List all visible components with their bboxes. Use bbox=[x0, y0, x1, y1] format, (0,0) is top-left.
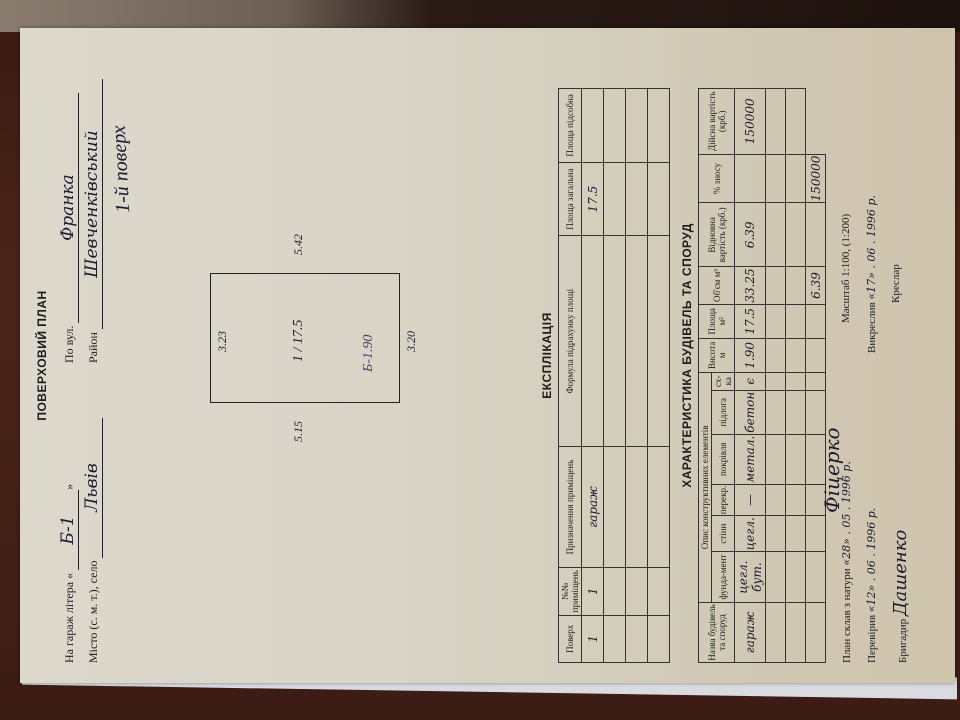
buildings-table: Назва будівель та споруд Опис конструкти… bbox=[698, 88, 826, 663]
street-field: По вул. Франка bbox=[58, 93, 79, 363]
col-room-no: №№ приміщень bbox=[559, 568, 582, 616]
street-value: Франка bbox=[58, 93, 79, 323]
col-area-aux: Площа підсобна bbox=[559, 89, 582, 163]
signature-composer: Фіцерко bbox=[820, 427, 844, 513]
explication-title: ЕКСПЛІКАЦІЯ bbox=[540, 28, 554, 683]
city-field: Місто (с. м. т.), село Львів bbox=[82, 418, 103, 663]
footer-brigadier: Бригадир Дашенко bbox=[890, 530, 911, 663]
city-value: Львів bbox=[82, 418, 103, 558]
col-floor: Поверх bbox=[559, 615, 582, 662]
buildings-title: ХАРАКТЕРИСТИКА БУДІВЕЛЬ ТА СПОРУД bbox=[680, 28, 694, 683]
garage-label: На гараж літера « bbox=[62, 573, 76, 663]
floor-plan-sketch: 5.15 5.42 3.23 3.20 1 / 17.5 Б-1.90 bbox=[210, 273, 400, 403]
explication-table: Поверх №№ приміщень Призначення приміщен… bbox=[558, 88, 670, 663]
city-label: Місто (с. м. т.), село bbox=[86, 561, 100, 663]
garage-field: На гараж літера « Б-1» bbox=[58, 484, 79, 663]
footer-drawn: Викреслив «17» . 06 . 1996 р. bbox=[865, 195, 878, 353]
street-label: По вул. bbox=[62, 326, 76, 363]
district-value: Шевченківський bbox=[82, 79, 103, 329]
col-area-total: Площа загальна bbox=[559, 162, 582, 236]
plan-room-fraction: 1 / 17.5 bbox=[291, 320, 307, 362]
table-row: гараж цегл. бут. цегл. — метал. бетон є … bbox=[735, 89, 766, 663]
document-paper: ПОВЕРХОВИЙ ПЛАН На гараж літера « Б-1» П… bbox=[20, 28, 955, 683]
table-row: 1 1 гараж 17.5 bbox=[582, 89, 604, 663]
footer-draftsman: Креслар bbox=[890, 264, 902, 303]
plan-dim-bottom: 5.42 bbox=[291, 234, 306, 255]
plan-dim-right: 3.23 bbox=[215, 331, 230, 352]
garage-value: Б-1 bbox=[58, 490, 79, 570]
document-title: ПОВЕРХОВИЙ ПЛАН bbox=[35, 28, 49, 683]
plan-dim-top: 5.15 bbox=[291, 421, 306, 442]
floor-note: 1-й поверх bbox=[108, 125, 136, 214]
plan-dim-left: 3.20 bbox=[404, 331, 419, 352]
col-formula: Формула підрахунку площі bbox=[559, 236, 582, 447]
rotated-page: ПОВЕРХОВИЙ ПЛАН На гараж літера « Б-1» П… bbox=[20, 28, 955, 683]
district-field: Район Шевченківський bbox=[82, 79, 103, 363]
footer-checked: Перевірив «12» . 06 . 1996 р. bbox=[865, 508, 878, 663]
district-label: Район bbox=[86, 332, 100, 363]
footer-scale: Масштаб 1:100, (1:200) bbox=[840, 214, 852, 323]
plan-letter-height: Б-1.90 bbox=[361, 335, 377, 372]
col-purpose: Призначення приміщень bbox=[559, 447, 582, 568]
